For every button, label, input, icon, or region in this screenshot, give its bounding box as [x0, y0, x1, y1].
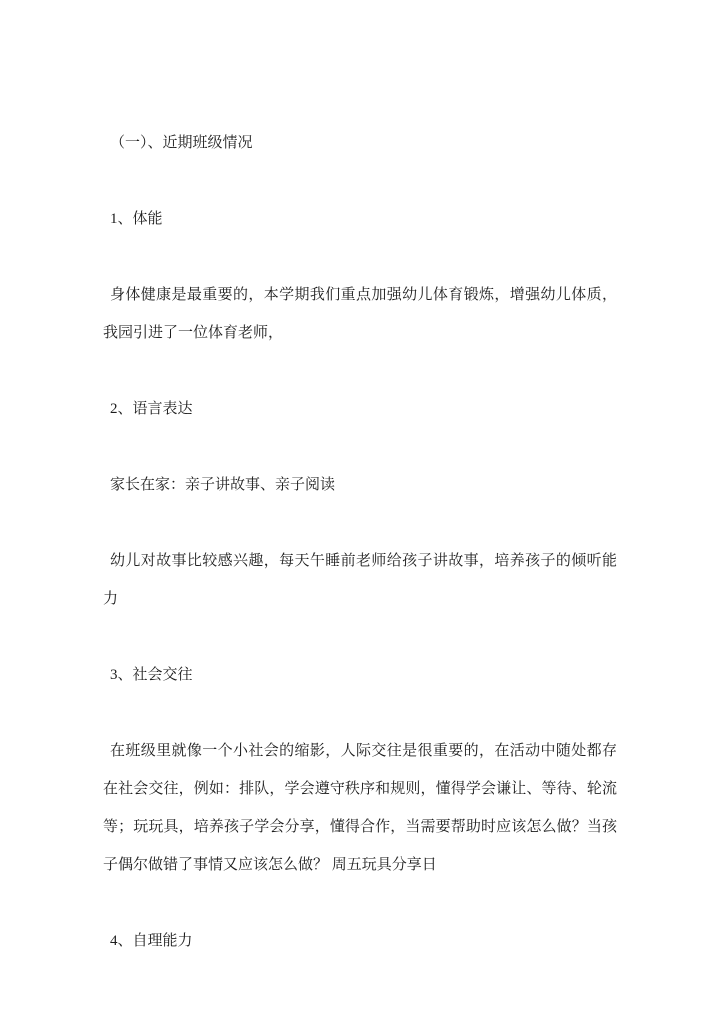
paragraph-story-listening: 幼儿对故事比较感兴趣，每天午睡前老师给孩子讲故事，培养孩子的倾听能力 — [103, 542, 617, 618]
paragraph-physical-fitness: 身体健康是最重要的，本学期我们重点加强幼儿体育锻炼，增强幼儿体质，我园引进了一位… — [103, 276, 617, 352]
subsection-heading-language-expression: 2、语言表达 — [103, 390, 617, 428]
subsection-heading-social-interaction: 3、社会交往 — [103, 656, 617, 694]
paragraph-social-interaction: 在班级里就像一个小社会的缩影，人际交往是很重要的，在活动中随处都存在社会交往，例… — [103, 732, 617, 884]
subsection-heading-physical-fitness: 1、体能 — [103, 200, 617, 238]
section-heading-recent-class-status: （一）、近期班级情况 — [103, 124, 617, 162]
paragraph-parents-at-home: 家长在家：亲子讲故事、亲子阅读 — [103, 466, 617, 504]
subsection-heading-self-care-ability: 4、自理能力 — [103, 922, 617, 960]
document-page: （一）、近期班级情况 1、体能 身体健康是最重要的，本学期我们重点加强幼儿体育锻… — [0, 0, 721, 1020]
